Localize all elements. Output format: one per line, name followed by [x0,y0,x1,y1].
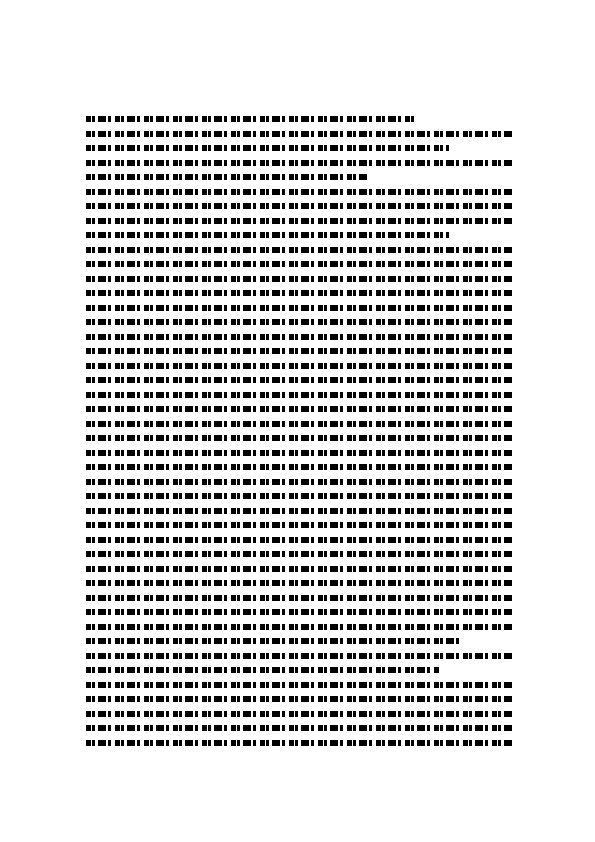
body-text-line: [illegible] [86,170,513,185]
text-line-silhouette [86,479,513,485]
text-line-silhouette [86,725,513,731]
text-line-content: [illegible] [86,185,87,186]
text-line-content: [illegible] [86,707,87,708]
body-text-line: [illegible] [86,417,513,432]
text-line-content: [illegible] [86,330,87,331]
text-line-content: [illegible] [86,315,87,316]
text-line-silhouette [86,609,513,615]
body-text-line: [illegible] [86,547,513,562]
text-line-silhouette [86,740,513,746]
body-text-line: [illegible] [86,315,513,330]
body-text-line: [illegible] [86,199,513,214]
body-text-line: [illegible] [86,504,513,519]
body-text-line: [illegible] [86,359,513,374]
body-text-line: [illegible] [86,678,513,693]
text-line-silhouette [86,377,513,383]
body-text-line: [illegible] [86,460,513,475]
text-line-silhouette [86,638,462,644]
text-line-silhouette [86,218,513,224]
body-text-line: [illegible] [86,228,513,243]
body-text-line: [illegible] [86,185,513,200]
text-line-silhouette [86,435,513,441]
text-line-content: [illegible] [86,214,87,215]
text-line-silhouette [86,450,513,456]
text-line-silhouette [86,696,513,702]
text-line-silhouette [86,653,513,659]
body-text-line: [illegible] [86,141,513,156]
body-text-line: [illegible] [86,620,513,635]
text-line-silhouette [86,464,513,470]
text-line-content: [illegible] [86,141,87,142]
text-line-content: [illegible] [86,301,87,302]
body-text-line: [illegible] [86,257,513,272]
text-line-content: [illegible] [86,199,87,200]
text-line-content: [illegible] [86,547,87,548]
text-line-content: [illegible] [86,446,87,447]
text-line-content: [illegible] [86,475,87,476]
body-text-line: [illegible] [86,388,513,403]
text-line-content: [illegible] [86,286,87,287]
text-line-content: [illegible] [86,518,87,519]
text-line-silhouette [86,392,513,398]
body-text-line: [illegible] [86,243,513,258]
text-line-content: [illegible] [86,257,87,258]
text-line-content: [illegible] [86,562,87,563]
text-line-content: [illegible] [86,272,87,273]
body-text-line: [illegible] [86,634,513,649]
text-line-silhouette [86,406,513,412]
text-line-content: [illegible] [86,388,87,389]
body-text-line: [illegible] [86,446,513,461]
text-line-silhouette [86,305,513,311]
text-line-silhouette [86,276,513,282]
text-line-silhouette [86,247,513,253]
text-line-silhouette [86,493,513,499]
document-page: [illegible] [illegible][illegible][illeg… [0,0,595,842]
body-text-line: [illegible] [86,475,513,490]
text-line-silhouette [86,290,513,296]
text-line-silhouette [86,116,415,122]
body-text-line: [illegible] [86,518,513,533]
text-line-silhouette [86,566,513,572]
text-line-content: [illegible] [86,504,87,505]
text-line-silhouette [86,363,513,369]
text-line-content: [illegible] [86,243,87,244]
text-line-silhouette [86,537,513,543]
body-text-line: [illegible] [86,489,513,504]
text-line-content: [illegible] [86,156,87,157]
text-line-content: [illegible] [86,373,87,374]
body-text-line: [illegible] [86,402,513,417]
text-line-content: [illegible] [86,431,87,432]
body-text-line: [illegible] [86,286,513,301]
body-text-line: [illegible] [86,127,513,142]
text-line-content: [illegible] [86,576,87,577]
text-line-silhouette [86,334,513,340]
body-text-line: [illegible] [86,533,513,548]
text-line-silhouette [86,522,513,528]
text-line-silhouette [86,711,513,717]
text-line-silhouette [86,145,449,151]
text-line-silhouette [86,319,513,325]
body-text-line: [illegible] [86,431,513,446]
body-text-line: [illegible] [86,301,513,316]
text-line-silhouette [86,595,513,601]
text-line-content: [illegible] [86,634,87,635]
body-text-line: [illegible] [86,344,513,359]
text-line-content: [illegible] [86,649,87,650]
text-line-content: [illegible] [86,591,87,592]
text-line-content: [illegible] [86,359,87,360]
text-line-silhouette [86,203,513,209]
text-line-content: [illegible] [86,736,87,737]
text-line-silhouette [86,667,440,673]
body-text-line: [illegible] [86,692,513,707]
body-text-line: [illegible] [86,605,513,620]
text-line-content: [illegible] [86,620,87,621]
text-line-content: [illegible] [86,344,87,345]
text-line-content: [illegible] [86,721,87,722]
text-line-content: [illegible] [86,112,87,113]
body-text-line: [illegible] [86,373,513,388]
text-line-content: [illegible] [86,533,87,534]
text-line-silhouette [86,131,513,137]
body-text-line: [illegible] [86,649,513,664]
text-line-content: [illegible] [86,663,87,664]
text-line-content: [illegible] [86,489,87,490]
text-line-silhouette [86,160,513,166]
text-line-content: [illegible] [86,127,87,128]
body-text-line: [illegible] [86,576,513,591]
text-line-content: [illegible] [86,417,87,418]
text-line-silhouette [86,682,513,688]
text-line-content: [illegible] [86,605,87,606]
text-line-silhouette [86,174,368,180]
text-line-silhouette [86,580,513,586]
text-line-silhouette [86,189,513,195]
text-line-silhouette [86,624,513,630]
text-line-silhouette [86,348,513,354]
text-line-content: [illegible] [86,170,87,171]
text-line-content: [illegible] [86,402,87,403]
text-line-content: [illegible] [86,460,87,461]
body-text-line: [illegible] [86,214,513,229]
text-line-silhouette [86,421,513,427]
body-text-line: [illegible] [86,330,513,345]
document-body: [illegible][illegible][illegible][illegi… [86,112,513,750]
body-text-line: [illegible] [86,156,513,171]
text-line-silhouette [86,508,513,514]
text-line-content: [illegible] [86,692,87,693]
body-text-line: [illegible] [86,112,513,127]
text-line-silhouette [86,551,513,557]
body-text-line: [illegible] [86,562,513,577]
text-line-silhouette [86,261,513,267]
body-text-line: [illegible] [86,721,513,736]
text-line-silhouette [86,232,449,238]
body-text-line: [illegible] [86,663,513,678]
text-line-content: [illegible] [86,228,87,229]
body-text-line: [illegible] [86,272,513,287]
body-text-line: [illegible] [86,736,513,751]
body-text-line: [illegible] [86,707,513,722]
text-line-content: [illegible] [86,678,87,679]
body-text-line: [illegible] [86,591,513,606]
